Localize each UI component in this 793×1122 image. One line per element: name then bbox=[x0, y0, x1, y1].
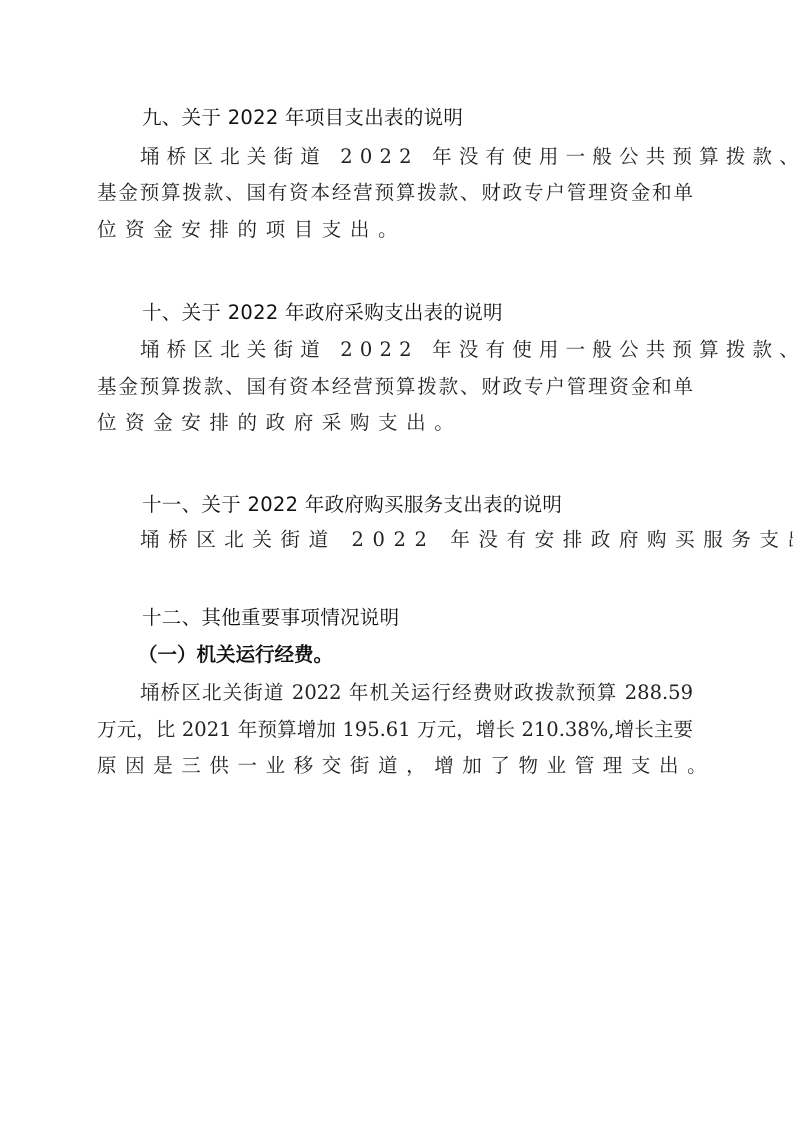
section-heading-9: 九、关于 2022 年项目支出表的说明 bbox=[142, 106, 463, 130]
paragraph-line: 基金预算拨款、国有资本经营预算拨款、财政专户管理资金和单 bbox=[97, 375, 693, 399]
paragraph-line: 原因是三供一业移交街道，增加了物业管理支出。 bbox=[97, 754, 715, 778]
section-heading-10: 十、关于 2022 年政府采购支出表的说明 bbox=[142, 301, 503, 325]
paragraph-line: 基金预算拨款、国有资本经营预算拨款、财政专户管理资金和单 bbox=[97, 181, 693, 205]
subsection-heading-1: （一）机关运行经费。 bbox=[138, 643, 333, 667]
paragraph-line: 埇桥区北关街道 2022 年没有使用一般公共预算拨款、政府性 bbox=[140, 338, 693, 362]
document-page: 九、关于 2022 年项目支出表的说明 埇桥区北关街道 2022 年没有使用一般… bbox=[0, 0, 793, 1122]
paragraph-line: 万元，比 2021 年预算增加 195.61 万元，增长 210.38%,增长主… bbox=[97, 718, 693, 742]
paragraph-line: 埇桥区北关街道 2022 年没有安排政府购买服务支出。 bbox=[140, 528, 793, 552]
paragraph-line: 埇桥区北关街道 2022 年机关运行经费财政拨款预算 288.59 bbox=[140, 681, 693, 705]
paragraph-line: 位资金安排的政府采购支出。 bbox=[97, 411, 462, 435]
paragraph-line: 埇桥区北关街道 2022 年没有使用一般公共预算拨款、政府性 bbox=[140, 145, 693, 169]
paragraph-line: 位资金安排的项目支出。 bbox=[97, 218, 406, 242]
section-heading-11: 十一、关于 2022 年政府购买服务支出表的说明 bbox=[142, 493, 562, 517]
section-heading-12: 十二、其他重要事项情况说明 bbox=[142, 606, 399, 630]
